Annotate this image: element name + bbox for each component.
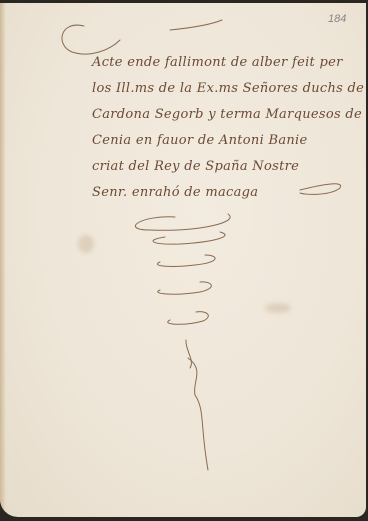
text-line-1: Acte ende fallimont de alber feit per [92,55,343,70]
text-line-4: Cenia en fauor de Antoni Banie [92,133,308,148]
text-line-5: criat del Rey de Spaña Nostre [92,159,299,174]
text-line-2: los Ill.ms de la Ex.ms Señores duchs de [92,81,364,96]
folio-number: 184 [328,13,346,25]
text-line-3: Cardona Segorb y terma Marquesos de [92,107,362,122]
manuscript-page: 184 Acte ende fallimont de alber feit pe… [0,3,366,517]
text-line-6: Senr. enrahó de macaga [92,185,258,200]
paper-stain [78,235,94,253]
paper-stain [265,303,291,313]
